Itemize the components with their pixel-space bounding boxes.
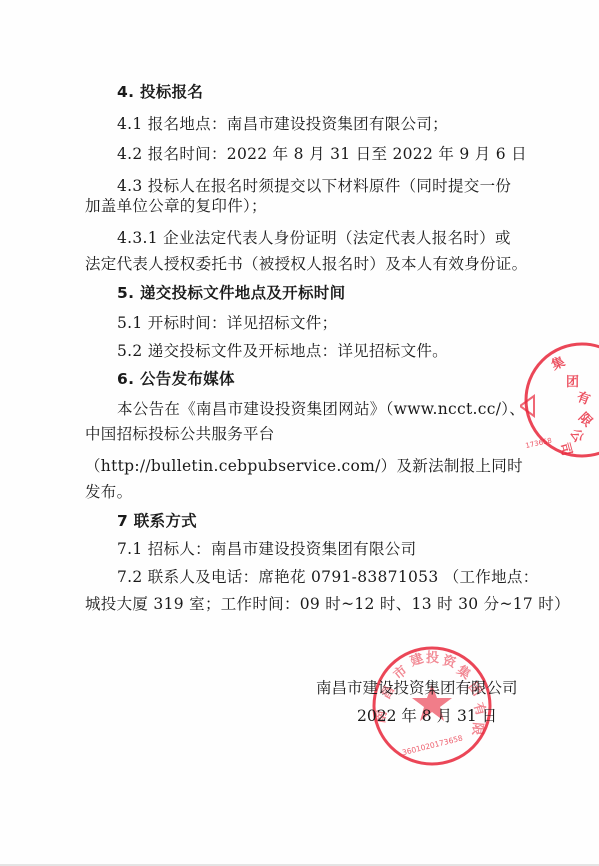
item-4-1: 4.1 报名地点：南昌市建设投资集团有限公司； bbox=[117, 114, 448, 134]
item-6-url: （http://bulletin.cebpubservice.com/）及新法制… bbox=[85, 456, 523, 476]
item-4-2: 4.2 报名时间：2022 年 8 月 31 日至 2022 年 9 月 6 日 bbox=[117, 144, 527, 164]
item-6-text: 本公告在《南昌市建设投资集团网站》（www.ncct.cc/）、 bbox=[117, 399, 525, 419]
item-4-3-1-cont: 法定代表人授权委托书（被授权人报名时）及本人有效身份证。 bbox=[85, 254, 527, 274]
section-4-heading: 4. 投标报名 bbox=[117, 82, 203, 102]
svg-text:司: 司 bbox=[556, 441, 575, 458]
item-7-2-cont: 城投大厦 319 室；工作时间：09 时~12 时、13 时 30 分~17 时… bbox=[85, 594, 570, 614]
signature-company: 南昌市建设投资集团有限公司 bbox=[316, 678, 518, 698]
section-6-heading: 6. 公告发布媒体 bbox=[117, 369, 235, 389]
svg-text:资: 资 bbox=[441, 652, 459, 671]
svg-text:投: 投 bbox=[426, 650, 439, 666]
document-page: 4. 投标报名 4.1 报名地点：南昌市建设投资集团有限公司； 4.2 报名时间… bbox=[0, 0, 599, 866]
company-seal-partial-icon: 集 团 有 限 公 司 173658 bbox=[520, 340, 599, 460]
svg-text:有: 有 bbox=[575, 389, 593, 408]
signature-date: 2022 年 8 月 31 日 bbox=[357, 706, 497, 726]
item-7-2: 7.2 联系人及电话：席艳花 0791-83871053 （工作地点： bbox=[117, 567, 539, 587]
item-6-platform: 中国招标投标公共服务平台 bbox=[85, 424, 275, 444]
item-4-3: 4.3 投标人在报名时须提交以下材料原件（同时提交一份 bbox=[117, 176, 511, 196]
item-4-3-1: 4.3.1 企业法定代表人身份证明（法定代表人报名时）或 bbox=[117, 228, 511, 248]
svg-text:173658: 173658 bbox=[525, 437, 553, 450]
svg-text:建: 建 bbox=[407, 650, 426, 670]
svg-text:公: 公 bbox=[567, 427, 587, 447]
item-4-3-cont: 加盖单位公章的复印件）； bbox=[85, 196, 267, 216]
section-7-heading: 7 联系方式 bbox=[117, 511, 197, 531]
svg-text:3601020173658: 3601020173658 bbox=[401, 733, 464, 757]
item-6-end: 发布。 bbox=[85, 482, 132, 502]
item-5-1: 5.1 开标时间：详见招标文件； bbox=[117, 313, 337, 333]
item-5-2: 5.2 递交投标文件及开标地点：详见招标文件。 bbox=[117, 341, 448, 361]
section-5-heading: 5. 递交投标文件地点及开标时间 bbox=[117, 283, 345, 303]
svg-text:团: 团 bbox=[566, 374, 579, 390]
svg-text:集: 集 bbox=[549, 354, 568, 374]
svg-text:限: 限 bbox=[575, 410, 595, 430]
item-7-1: 7.1 招标人：南昌市建设投资集团有限公司 bbox=[117, 539, 416, 559]
